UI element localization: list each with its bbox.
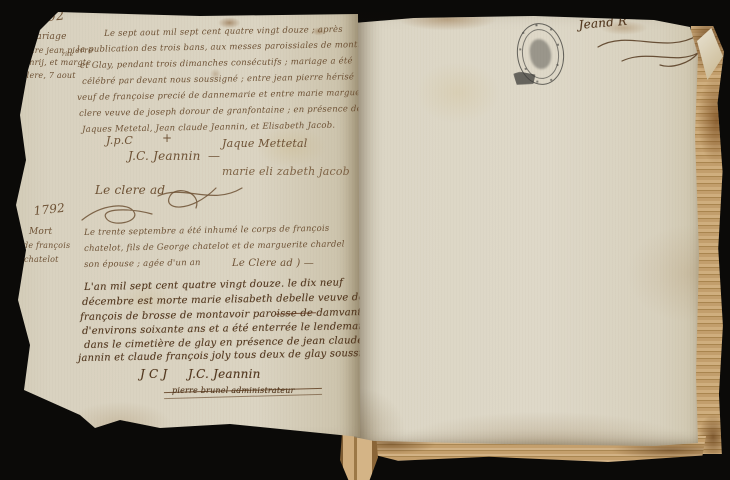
entry1-year: 1792 — [30, 8, 65, 26]
manuscript-line: et Glay, pendant trois dimanches consécu… — [80, 56, 353, 71]
signature: Jaque Mettetal — [222, 137, 308, 150]
signature: J.C. Jeannin — [128, 149, 201, 163]
manuscript-line: d'environs soixante ans et a été enterré… — [82, 321, 368, 337]
manuscript-line: L'an mil sept cent quatre vingt douze. l… — [84, 277, 343, 293]
manuscript-line: la publication des trois bans, aux messe… — [77, 40, 377, 55]
signature: J.p.C — [106, 134, 133, 147]
manuscript-line: Le sept aout mil sept cent quatre vingt … — [104, 25, 343, 39]
ink-flourish — [80, 202, 156, 228]
manuscript-line: clere veuve de joseph dorour de granfont… — [79, 104, 362, 119]
manuscript-line: veuf de françoise precié de dannemarie e… — [77, 88, 377, 103]
archival-register-scan: Jeand R 1792 Mariage entre jean pierre h… — [0, 0, 730, 480]
signature: Le clere ad — [95, 183, 165, 197]
entry1-margin-insertion: rite — [62, 51, 74, 58]
entry2-margin-line: chatelot — [24, 255, 59, 264]
entry1-margin-line: clere, 7 aout — [22, 71, 76, 80]
sub-signature: pierre brunel administrateur — [172, 386, 295, 395]
left-page: 1792 Mariage entre jean pierre henrij, e… — [16, 10, 360, 437]
stamp-rim-lettering — [535, 24, 537, 26]
ink-flourish — [594, 29, 704, 73]
entry1-margin-line: Mariage — [27, 32, 67, 42]
signature-flourish-dash: — — [208, 149, 220, 163]
manuscript-line: son épouse ; agée d'un an — [84, 258, 201, 270]
entry2-margin-line: de françois — [23, 241, 70, 250]
manuscript-line: chatelot, fils de George chatelot et de … — [84, 239, 345, 254]
entry2-closing-signature: Le Clere ad ) — — [232, 258, 314, 269]
manuscript-line: Jaques Metetal, Jean claude Jeannin, et … — [82, 121, 335, 135]
right-page: Jeand R — [354, 15, 700, 446]
manuscript-line: décembre est morte marie elisabeth debel… — [82, 292, 365, 308]
ink-flourish — [156, 180, 246, 214]
archive-stamp — [513, 20, 567, 87]
signature: marie eli zabeth jacob — [222, 165, 350, 178]
signature: J.C. Jeannin — [188, 367, 261, 381]
entry2-margin-line: Mort — [29, 227, 52, 237]
signature-initials: J C J — [140, 367, 167, 381]
signature-mark-cross: + — [162, 131, 172, 145]
manuscript-line: célébré par devant nous soussigné ; entr… — [82, 72, 354, 87]
entry2-year: 1792 — [33, 201, 66, 218]
